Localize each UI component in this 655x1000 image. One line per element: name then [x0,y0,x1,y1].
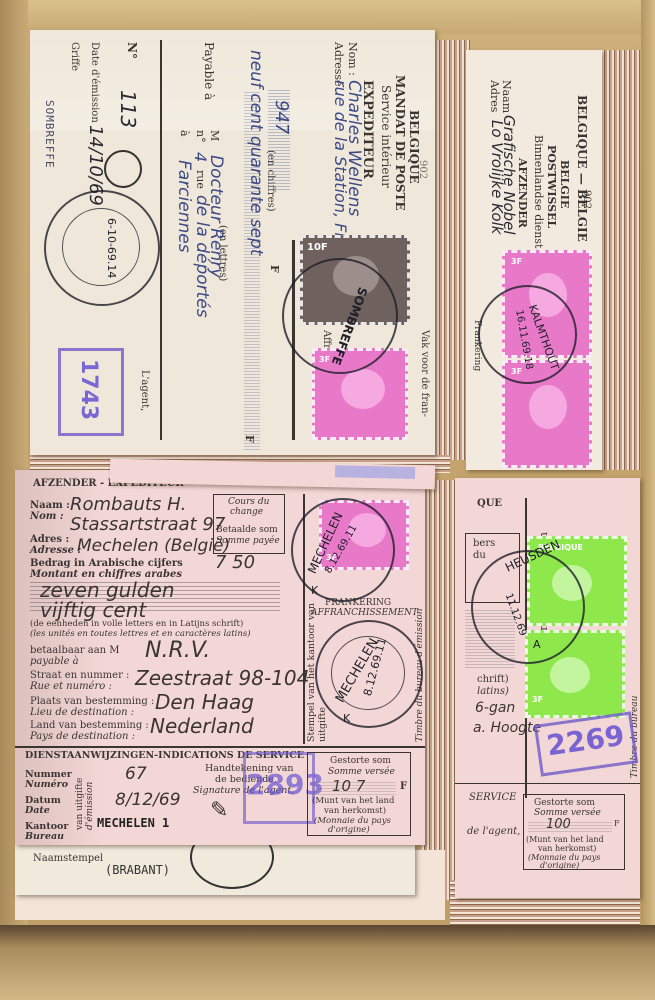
form-divider [160,40,162,440]
box-wall-right [641,0,655,1000]
letters-label-fr: (les unités en toutes lettres et en cara… [30,630,251,640]
postmark-mechelen-top: MECHELEN 8.12.69.11 K [291,498,395,602]
gestorte-som-box: Gestorte som Somme versée 100 F (Munt va… [523,794,625,870]
kantoor-stamp: MECHELEN 1 [97,816,169,830]
vak-label: Vak voor de fran- [419,330,431,417]
money-order-form-nl: 902 BELGIQUE — BELGIE BELGIE POSTWISSEL … [466,50,602,470]
griffe-label: Griffe [69,42,81,71]
form-title: POSTWISSEL [544,145,557,228]
form-stack-edge [600,50,640,470]
a-label: à [177,130,190,137]
somme-payee-label: Somme payée [216,536,280,546]
date-label: Date [25,806,50,817]
form-subtitle: Service intérieur [378,85,392,188]
form-divider [15,746,425,748]
postmark-sombreffe: 6-10-69.14 [44,190,160,306]
stamp-fragment [335,465,415,479]
n-label: N° [124,42,138,59]
lieu-label: Lieu de destination : [30,707,134,719]
griffe-stamp: SOMBREFFE [43,100,56,169]
bureau-label: Bureau [25,832,64,843]
handwritten-street: Zeestraat 98-104 [135,666,309,690]
betaalde-som-label: Betaalde som [216,525,278,535]
box-wall-top [0,0,655,34]
payable-label: Payable à [201,42,215,100]
uitgifte-label: van uitgifte [75,778,85,830]
brabant-stamp: (BRABANT) [105,863,170,877]
currency-f-label: F [242,435,255,443]
gestorte-som-box: Gestorte som Somme versée 10 7 F (Munt v… [307,752,411,836]
numero-label: Numéro [25,780,68,791]
date-emission-label: Date d'émission [89,42,101,123]
handwritten-destination-country: Nederland [150,714,254,738]
gestorte-label: Gestorte som [534,798,595,808]
box-wall-bottom [0,925,655,1000]
payable-label: payable à [30,656,79,668]
gestorte-label: Gestorte som [330,756,391,766]
cours-change-box: Cours du change Betaalde som Somme payée [213,494,285,554]
naamstempel-label: Naamstempel [33,853,103,865]
country-label: BELGIQUE [406,110,420,184]
postmark-sombreffe-stamp: SOMBREFFE [282,258,398,374]
postmark-kalmthout: KALMTHOUT 16.11.69.18 [478,285,577,384]
munt-label: van herkomst) [538,844,596,853]
postmark-heusden: HEUSDEN 11.12.69 A [471,550,585,664]
m-label: M [207,130,220,141]
naam-label: Naam : [30,500,70,512]
handwritten-amount: 7 50 [215,552,255,573]
handwritten-amount-figures: 947 [271,100,292,134]
handwritten-street: de la déportés [192,195,212,318]
handwritten-sender-address: Lo Vrolijke Kolk [488,120,506,234]
postmark-mechelen: MECHELEN 8.12.69.11 K [315,620,423,728]
adres-label: Adres [487,80,500,112]
bedrag-label: Bedrag in Arabische cijfers [30,558,183,570]
handwritten-note: 6-gan [475,700,515,716]
form-subtitle: Binnenlandse dienst [531,135,544,248]
label-fragment: chrift) [477,674,509,686]
handwritten-order-number: 113 [116,90,140,128]
handwritten-city: Farciennes [174,160,194,253]
handwritten-destination-city: Den Haag [155,690,254,714]
money-order-form-intl-left: AFZENDER - EXPEDITEUR Naam : Nom : Romba… [15,470,425,845]
violet-number-stamp: 1743 [58,348,124,436]
nom-label: Nom : [30,511,64,523]
circle-mark [104,150,142,188]
naam-label: Naam [499,80,512,113]
money-order-form-fr: 902 BELGIQUE MANDAT DE POSTE Service int… [30,30,435,455]
number-label: n° [193,130,206,143]
violet-number-stamp: 2269 [534,711,638,776]
form-divider [455,783,640,784]
violet-number-stamp: 2893 [243,752,315,824]
adresse-label: Adresse : [30,545,81,557]
handwritten-amount: 100 [546,817,571,832]
postmark [190,845,274,889]
label-fragment: bers [473,538,495,550]
form-title: MANDAT DE POSTE [392,75,406,211]
monnaie-label: d'origine) [328,826,370,836]
adres-label: Adres : [30,534,69,546]
money-order-form-intl-right: QUE bers du chrift) latins) 6-gan a. Hoo… [455,478,640,898]
handwritten-amount-words: neuf cent quarante sept [246,50,266,256]
service-label: SERVICE [469,792,516,804]
land-label: Land van bestemming : [30,720,149,732]
plaats-label: Plaats van bestemming : [30,696,154,708]
label-fragment: du [473,550,486,562]
currency-label: F [614,819,620,828]
label-fragment: latins) [477,686,509,698]
currency-label: F [400,781,407,793]
cours-label: Cours du [228,497,269,507]
handwritten-sender-name: Rombauts H. [70,494,186,515]
straat-label: Straat en nummer : [30,670,129,682]
betaalbaar-label: betaalbaar aan M [30,645,120,657]
monnaie-label: d'origine) [540,861,579,870]
munt-label: (Munt van het land [526,835,604,844]
somme-versee-label: Somme versée [328,767,395,777]
handwritten-note: a. Hoogte [473,720,541,736]
form-heading-fragment: QUE [477,498,502,510]
agent-label: de l'agent, [467,826,520,838]
agent-label: L'agent, [139,370,151,411]
rue-label: Rue et numéro : [30,681,112,693]
rue-label: rue [193,170,206,189]
handwritten-signature: ✎ [210,798,228,823]
change-label: change [230,507,263,517]
handwritten-nummer: 67 [125,764,147,784]
handwritten-amount: 10 7 [332,777,365,795]
handwritten-sender-address: Mechelen (België) [77,536,230,556]
handwritten-payee: N.R.V. [145,638,210,663]
handwritten-sender-street: Stassartstraat 97 [70,514,225,535]
currency-f-label: F [267,265,280,273]
form-stack-edge [430,40,470,460]
pays-label: Pays de destination : [30,731,135,743]
underlying-form: Naamstempel (BRABANT) [15,845,415,895]
handwritten-datum: 8/12/69 [115,790,181,810]
emission-label: d'émission [85,782,95,830]
form-header: BELGIQUE — BELGIE [574,95,588,242]
nom-label: Nom : [345,42,358,76]
country-label: BELGIE [557,160,570,208]
